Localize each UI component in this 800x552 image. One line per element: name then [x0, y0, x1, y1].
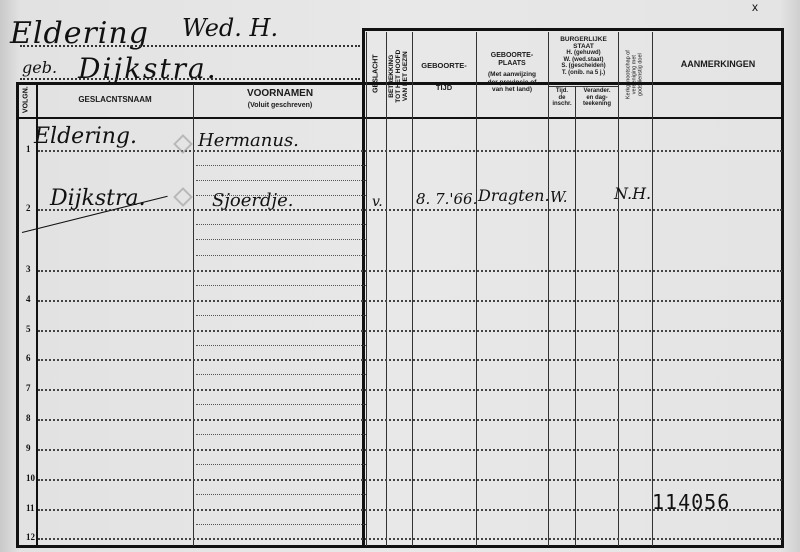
row-number: 4 [26, 294, 31, 304]
serial-number: 114056 [652, 490, 730, 514]
corner-mark: x [752, 0, 758, 14]
row-line-8 [38, 419, 782, 421]
subline [196, 404, 366, 405]
col-header-geboortetijd: GEBOORTE- TIJD [414, 62, 474, 93]
col-line-volgnr [36, 84, 38, 546]
row-line-7 [38, 389, 782, 391]
entry-2-geslachtsnaam: Dijkstra. [50, 186, 146, 211]
col-line-voornamen [366, 32, 367, 546]
subline [196, 239, 366, 240]
subline [196, 464, 366, 465]
col-line-tijd-inschr [575, 86, 576, 546]
entry-2-voornamen: Sjoerdje. [212, 190, 293, 211]
row-number: 7 [26, 383, 31, 393]
col-header-voornamen-sub: (Voluit geschreven) [196, 102, 364, 110]
col-line-kerkgenootschap [652, 32, 653, 546]
col-header-betrekking: BETREKKING TOT HET HOOFD VAN HET GEZIN [389, 38, 409, 114]
header-maiden-name: Dijkstra. [78, 52, 218, 85]
col-line-geboorteplaats [548, 32, 549, 546]
entry-1-voornamen: Hermanus. [198, 130, 299, 151]
col-line-geslacht [386, 32, 387, 546]
entry-2-burgerlijke-staat: W. [550, 188, 568, 206]
col-line-betrekking [412, 32, 413, 546]
subline [196, 494, 366, 495]
row-number: 6 [26, 353, 31, 363]
row-number: 3 [26, 264, 31, 274]
col-header-verander: Verander. en dag- teekening [576, 88, 618, 108]
row-number: 5 [26, 324, 31, 334]
row-number: 10 [26, 473, 35, 483]
row-number: 11 [26, 503, 35, 513]
col-header-voornamen: VOORNAMEN [196, 88, 364, 99]
row-line-5 [38, 330, 782, 332]
row-line-4 [38, 300, 782, 302]
row-number: 12 [26, 532, 35, 542]
row-number: 8 [26, 413, 31, 423]
subline [196, 285, 366, 286]
row-line-1 [38, 150, 782, 152]
col-header-geboorteplaats: GEBOORTE- PLAATS (Met aanwijzing der pro… [478, 52, 546, 93]
col-header-volgnr: VOLGN. [22, 82, 29, 118]
staat-subdivider [548, 86, 618, 87]
row-line-12 [38, 538, 782, 540]
subline [196, 345, 366, 346]
subline [196, 374, 366, 375]
entry-1-geslachtsnaam: Eldering. [34, 124, 137, 149]
header-dotted-line-1 [20, 45, 360, 47]
header-divider [18, 117, 782, 119]
entry-2-geboortetijd: 8. 7.'66. [416, 190, 477, 208]
header-status: Wed. H. [182, 14, 278, 42]
subline [196, 180, 366, 181]
entry-2-geboorteplaats: Dragten. [478, 186, 550, 205]
subline [196, 255, 366, 256]
row-number: 1 [26, 144, 31, 154]
row-line-2 [38, 209, 782, 211]
subline [196, 434, 366, 435]
col-header-tijd-inschr: Tijd. de inschr. [549, 88, 575, 108]
col-header-geslacht: GESLACHT [372, 44, 379, 104]
subline [196, 165, 366, 166]
row-line-6 [38, 359, 782, 361]
col-header-geslachtsnaam: GESLACNTSNAAM [40, 96, 190, 105]
subline [196, 315, 366, 316]
frame-step [362, 28, 365, 84]
entry-2-kerkgenootschap: N.H. [614, 184, 651, 203]
col-header-burgerlijke-staat: BURGERLIJKE STAAT H. (gehuwd) W. (wed.st… [549, 36, 618, 77]
header-dotted-line-2 [20, 78, 360, 80]
header-born-prefix: geb. [22, 58, 57, 77]
row-line-3 [38, 270, 782, 272]
row-line-10 [38, 479, 782, 481]
col-header-aanmerkingen: AANMERKINGEN [654, 60, 782, 70]
entry-2-geslacht: v. [372, 194, 383, 210]
subline [196, 524, 366, 525]
row-number: 9 [26, 443, 31, 453]
row-line-9 [38, 449, 782, 451]
subline [196, 224, 366, 225]
col-line-geboortetijd [476, 32, 477, 546]
row-number: 2 [26, 203, 31, 213]
col-line-geslachtsnaam [193, 84, 194, 546]
registration-card: Eldering Wed. H. geb. Dijkstra. x VOLGN.… [0, 0, 800, 552]
col-header-kerkgenootschap: Kerkgenootschap of vereeniging met godsd… [626, 40, 643, 110]
col-line-burgerlijke-staat [618, 32, 619, 546]
